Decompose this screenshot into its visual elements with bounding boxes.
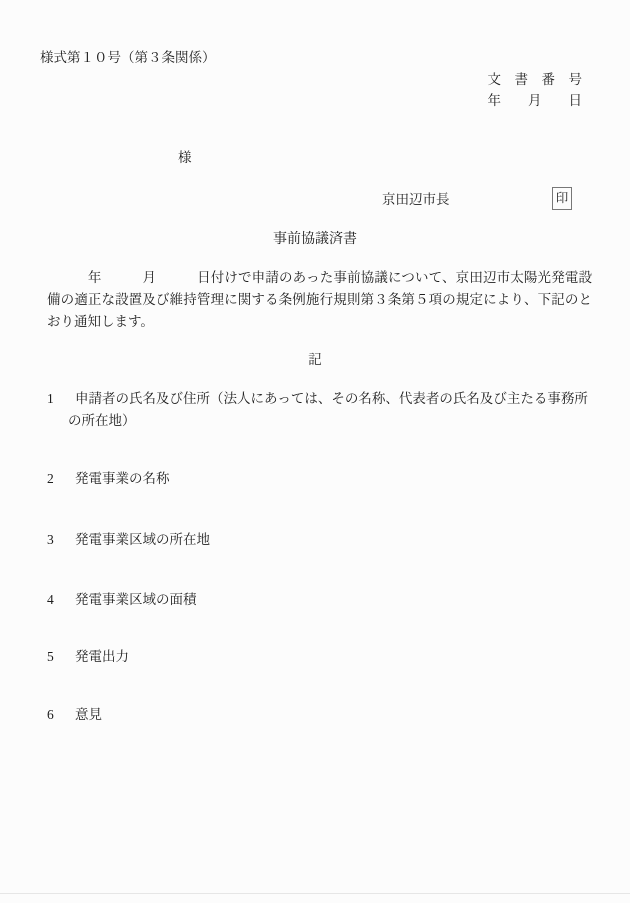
document-page: 様式第１０号（第３条関係） 文 書 番 号 年 月 日 様 京田辺市長 印 事前… — [0, 0, 630, 903]
list-item: 1申請者の氏名及び住所（法人にあっては、その名称、代表者の氏名及び主たる事務所の… — [47, 388, 592, 432]
item-label: 発電事業の名称 — [75, 471, 170, 486]
list-item: 4発電事業区域の面積 — [47, 589, 592, 611]
item-number: 4 — [47, 589, 75, 611]
item-number: 1 — [47, 388, 75, 410]
page-bottom-divider — [0, 893, 630, 894]
item-label: 申請者の氏名及び住所（法人にあっては、その名称、代表者の氏名及び主たる事務所の所… — [68, 391, 588, 428]
item-label: 意見 — [75, 707, 102, 722]
list-item: 5発電出力 — [47, 646, 592, 668]
item-number: 2 — [47, 468, 75, 490]
item-label: 発電事業区域の面積 — [75, 592, 197, 607]
list-item: 6意見 — [47, 704, 592, 726]
list-item: 2発電事業の名称 — [47, 468, 592, 490]
numbered-item-list: 1申請者の氏名及び住所（法人にあっては、その名称、代表者の氏名及び主たる事務所の… — [0, 0, 630, 903]
list-item: 3発電事業区域の所在地 — [47, 529, 592, 551]
item-number: 6 — [47, 704, 75, 726]
item-label: 発電事業区域の所在地 — [75, 532, 210, 547]
item-label: 発電出力 — [75, 649, 129, 664]
item-number: 3 — [47, 529, 75, 551]
item-number: 5 — [47, 646, 75, 668]
